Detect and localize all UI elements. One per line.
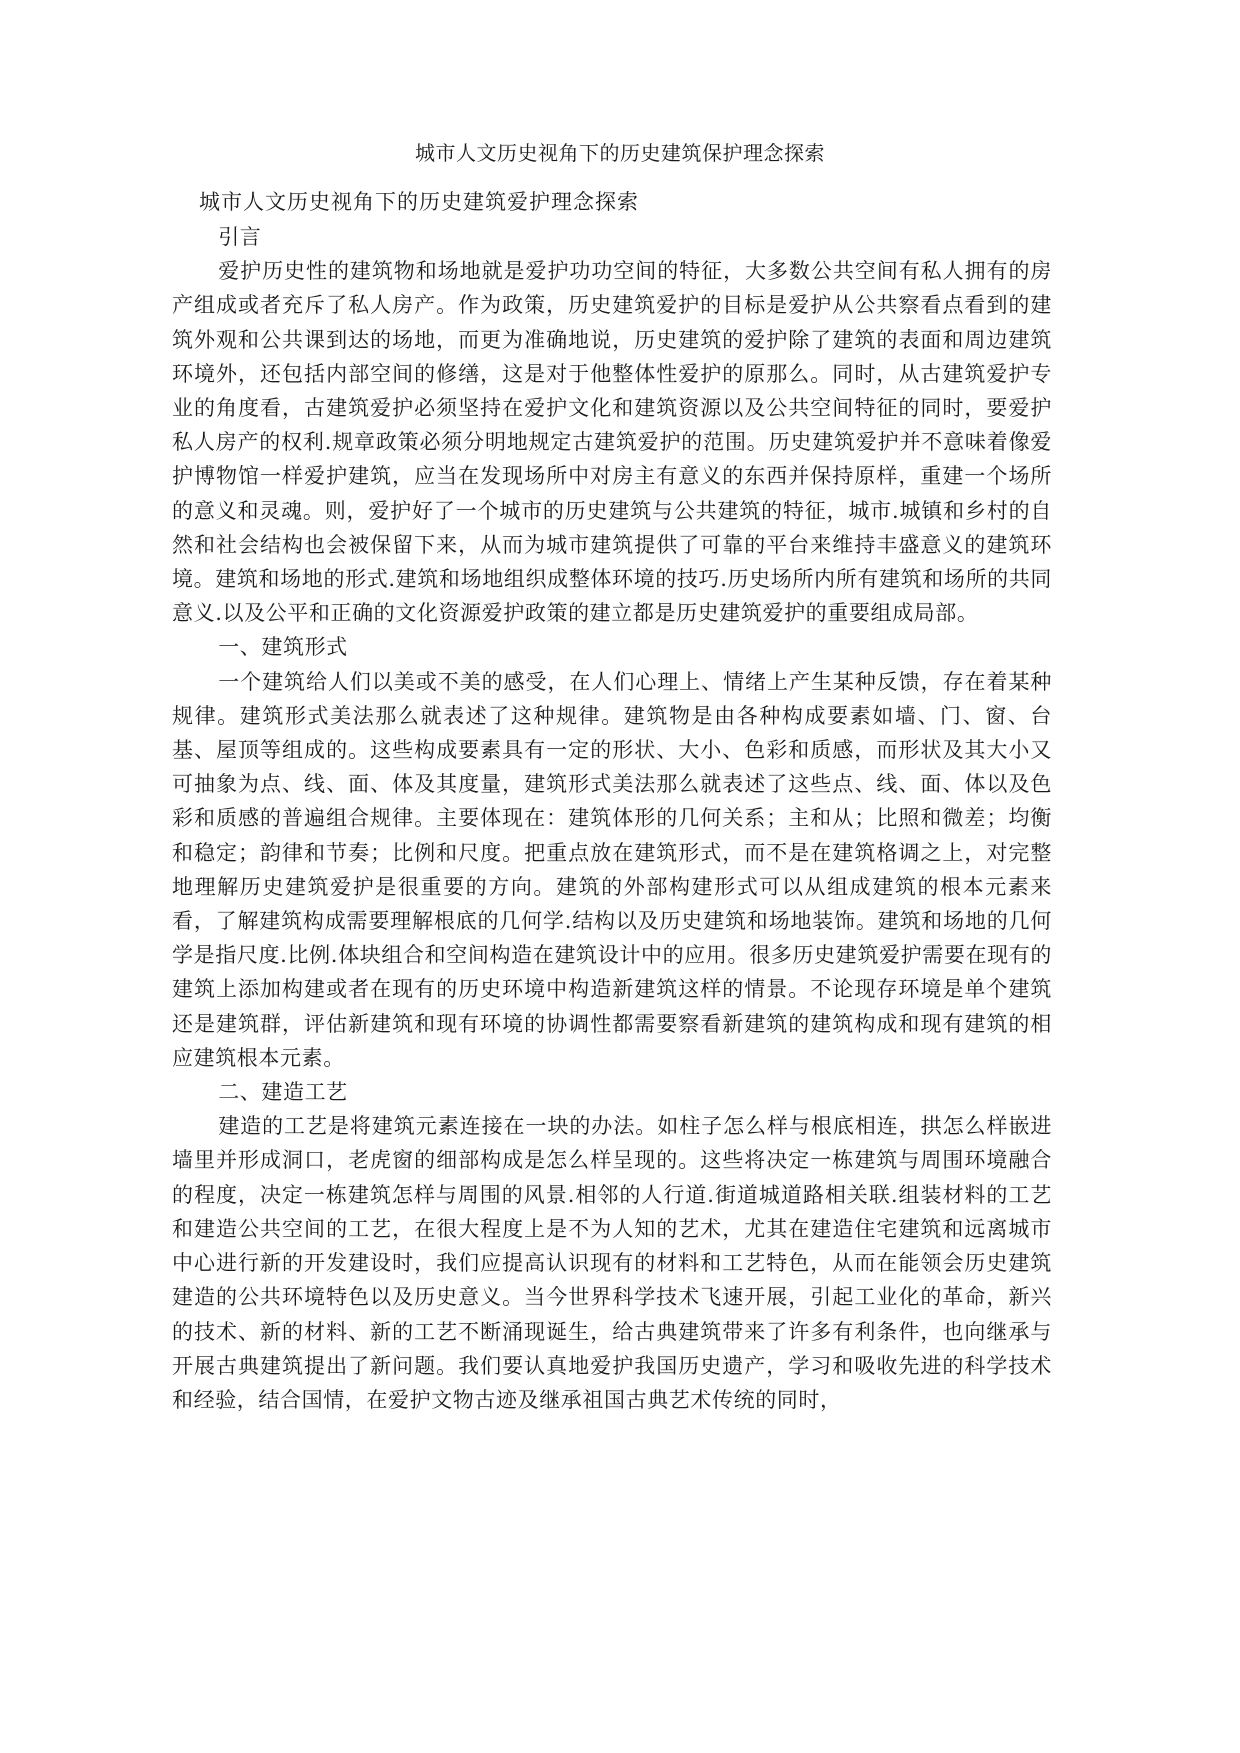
document-page: 城市人文历史视角下的历史建筑保护理念探索 城市人文历史视角下的历史建筑爱护理念探…	[0, 0, 1240, 1753]
section-heading-architectural-form: 一、建筑形式	[172, 630, 1052, 664]
section-heading-introduction: 引言	[172, 220, 1052, 254]
section-heading-construction-craft: 二、建造工艺	[172, 1075, 1052, 1109]
section-paragraph-architectural-form: 一个建筑给人们以美或不美的感受，在人们心理上、情绪上产生某种反馈，存在着某种规律…	[172, 665, 1052, 1075]
section-paragraph-construction-craft: 建造的工艺是将建筑元素连接在一块的办法。如柱子怎么样与根底相连，拱怎么样嵌进墙里…	[172, 1109, 1052, 1417]
document-subtitle: 城市人文历史视角下的历史建筑爱护理念探索	[199, 186, 639, 218]
document-title: 城市人文历史视角下的历史建筑保护理念探索	[0, 138, 1240, 168]
section-paragraph-introduction: 爱护历史性的建筑物和场地就是爱护功功空间的特征，大多数公共空间有私人拥有的房产组…	[172, 254, 1052, 630]
document-body: 引言 爱护历史性的建筑物和场地就是爱护功功空间的特征，大多数公共空间有私人拥有的…	[172, 220, 1052, 1417]
